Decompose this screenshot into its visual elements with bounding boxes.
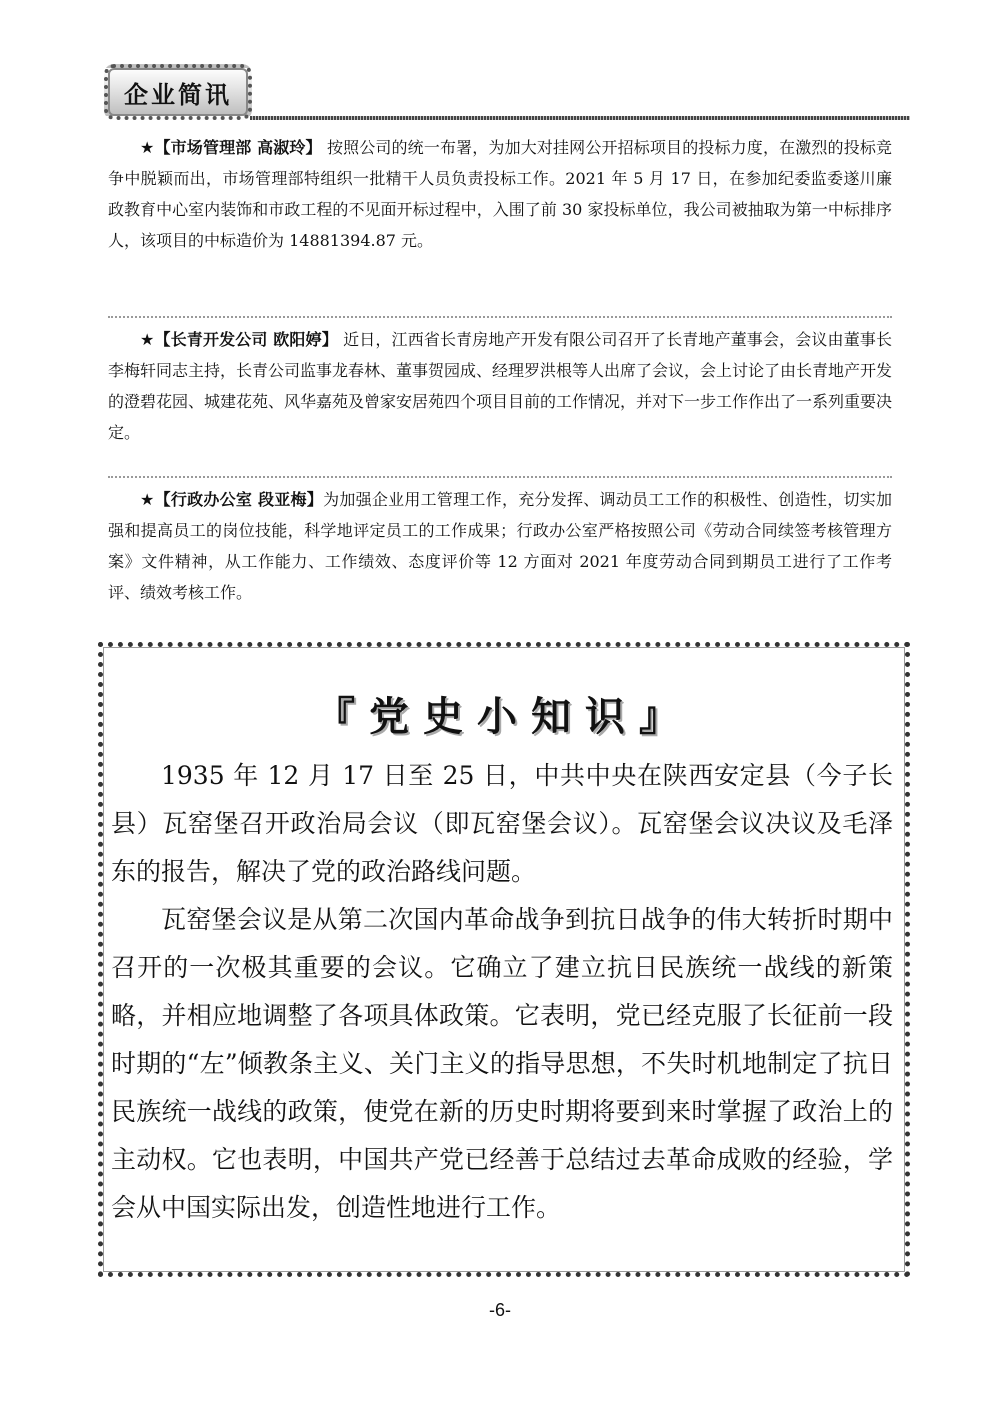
section-badge: 企业简讯 bbox=[104, 64, 252, 120]
party-history-title: 『党史小知识』 bbox=[103, 685, 905, 742]
party-history-box: 『党史小知识』 1935 年 12 月 17 日至 25 日，中共中央在陕西安定… bbox=[98, 642, 910, 1277]
paragraph: 1935 年 12 月 17 日至 25 日，中共中央在陕西安定县（今子长县）瓦… bbox=[111, 752, 893, 896]
page-number: -6- bbox=[0, 1300, 1000, 1321]
news-item-tag: ★【长青开发公司 欧阳婷】 bbox=[140, 330, 338, 349]
section-header: 企业简讯 bbox=[100, 64, 910, 124]
header-rule bbox=[250, 116, 910, 120]
paragraph: 瓦窑堡会议是从第二次国内革命战争到抗日战争的伟大转折时期中召开的一次极其重要的会… bbox=[111, 896, 893, 1232]
divider bbox=[108, 476, 892, 478]
news-item: ★【长青开发公司 欧阳婷】 近日，江西省长青房地产开发有限公司召开了长青地产董事… bbox=[108, 324, 892, 448]
section-title: 企业简讯 bbox=[124, 75, 232, 110]
news-item-tag: ★【市场管理部 高淑玲】 bbox=[140, 138, 322, 157]
news-item: ★【市场管理部 高淑玲】 按照公司的统一布署，为加大对挂网公开招标项目的投标力度… bbox=[108, 132, 892, 256]
news-item-tag: ★【行政办公室 段亚梅】 bbox=[140, 490, 323, 509]
news-item: ★【行政办公室 段亚梅】为加强企业用工管理工作，充分发挥、调动员工工作的积极性、… bbox=[108, 484, 892, 608]
party-history-body: 1935 年 12 月 17 日至 25 日，中共中央在陕西安定县（今子长县）瓦… bbox=[111, 752, 893, 1232]
divider bbox=[108, 316, 892, 318]
